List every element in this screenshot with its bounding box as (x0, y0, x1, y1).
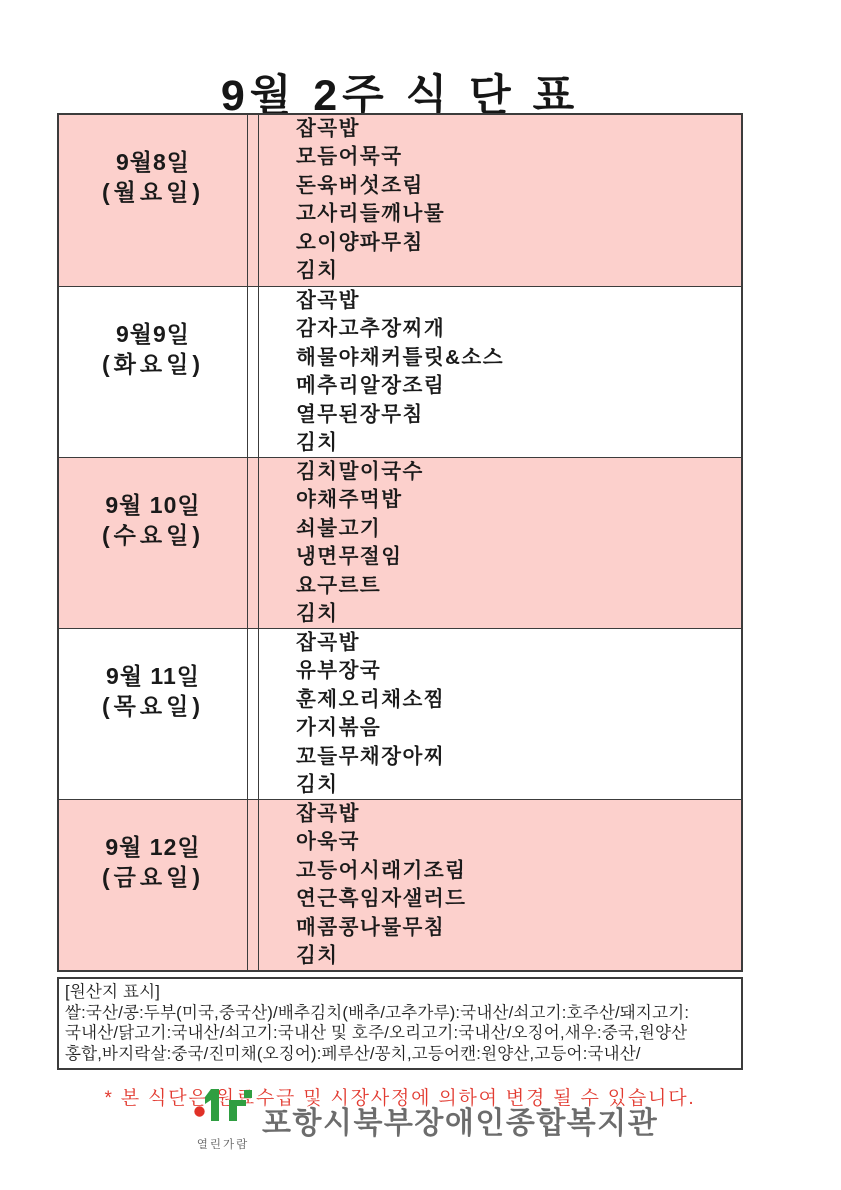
meal-plan-document: 9월 2주 식 단 표 9월8일 (월요일) 잡곡밥 모듬어묵국 돈육버섯조림 … (0, 0, 841, 1190)
date-cell: 9월9일 (화요일) (59, 287, 248, 457)
menu-item: 고사리들깨나물 (296, 200, 741, 228)
spacer-cell (248, 287, 259, 457)
menu-item: 잡곡밥 (296, 800, 741, 828)
menu-item: 돈육버섯조림 (296, 172, 741, 200)
org-name: 포항시북부장애인종합복지관 (262, 1098, 658, 1142)
menu-row-tuesday: 9월9일 (화요일) 잡곡밥 감자고추장찌개 해물야채커틀릿&소스 메추리알장조… (59, 286, 741, 457)
date-cell: 9월 12일 (금요일) (59, 800, 248, 970)
menu-item: 김치 (296, 600, 741, 628)
origin-info-box: [원산지 표시] 쌀:국산/콩:두부(미국,중국산)/배추김치(배추/고추가루)… (57, 977, 743, 1070)
date-cell: 9월8일 (월요일) (59, 115, 248, 286)
menu-item: 잡곡밥 (296, 629, 741, 657)
origin-header: [원산지 표시] (65, 982, 735, 1003)
origin-line: 국내산/닭고기:국내산/쇠고기:국내산 및 호주/오리고기:국내산/오징어,새우… (65, 1023, 735, 1044)
menu-item: 고등어시래기조림 (296, 857, 741, 885)
menu-item: 냉면무절임 (296, 543, 741, 571)
menu-item: 유부장국 (296, 657, 741, 685)
spacer-cell (248, 115, 259, 286)
date-label: 9월 11일 (59, 661, 247, 691)
date-cell: 9월 11일 (목요일) (59, 629, 248, 799)
day-label: (월요일) (59, 177, 247, 207)
menu-cell: 잡곡밥 유부장국 훈제오리채소찜 가지볶음 꼬들무채장아찌 김치 (259, 629, 741, 799)
content-area: 9월8일 (월요일) 잡곡밥 모듬어묵국 돈육버섯조림 고사리들깨나물 오이양파… (57, 113, 743, 1110)
menu-item: 모듬어묵국 (296, 143, 741, 171)
menu-item: 야채주먹밥 (296, 486, 741, 514)
day-label: (화요일) (59, 349, 247, 379)
menu-item: 김치말이국수 (296, 458, 741, 486)
menu-item: 오이양파무침 (296, 229, 741, 257)
spacer-cell (248, 629, 259, 799)
menu-item: 잡곡밥 (296, 115, 741, 143)
menu-item: 열무된장무침 (296, 401, 741, 429)
day-label: (금요일) (59, 862, 247, 892)
date-label: 9월8일 (59, 147, 247, 177)
org-logo: 열린가람 (192, 1088, 254, 1152)
menu-row-monday: 9월8일 (월요일) 잡곡밥 모듬어묵국 돈육버섯조림 고사리들깨나물 오이양파… (59, 115, 741, 286)
menu-item: 아욱국 (296, 828, 741, 856)
spacer-cell (248, 458, 259, 628)
menu-row-wednesday: 9월 10일 (수요일) 김치말이국수 야채주먹밥 쇠불고기 냉면무절임 요구르… (59, 457, 741, 628)
menu-item: 김치 (296, 257, 741, 285)
menu-item: 감자고추장찌개 (296, 315, 741, 343)
date-label: 9월 12일 (59, 832, 247, 862)
spacer-cell (248, 800, 259, 970)
date-cell: 9월 10일 (수요일) (59, 458, 248, 628)
menu-item: 메추리알장조림 (296, 372, 741, 400)
menu-row-friday: 9월 12일 (금요일) 잡곡밥 아욱국 고등어시래기조림 연근흑임자샐러드 매… (59, 799, 741, 970)
menu-item: 연근흑임자샐러드 (296, 885, 741, 913)
menu-item: 김치 (296, 771, 741, 799)
menu-item: 김치 (296, 942, 741, 970)
date-label: 9월 10일 (59, 490, 247, 520)
org-logo-caption: 열린가람 (197, 1136, 249, 1152)
menu-item: 매콤콩나물무침 (296, 914, 741, 942)
day-label: (목요일) (59, 691, 247, 721)
menu-row-thursday: 9월 11일 (목요일) 잡곡밥 유부장국 훈제오리채소찜 가지볶음 꼬들무채장… (59, 628, 741, 799)
org-logo-icon (192, 1088, 254, 1135)
footer: 열린가람 포항시북부장애인종합복지관 (192, 1088, 658, 1152)
menu-cell: 잡곡밥 감자고추장찌개 해물야채커틀릿&소스 메추리알장조림 열무된장무침 김치 (259, 287, 741, 457)
menu-item: 잡곡밥 (296, 287, 741, 315)
menu-item: 가지볶음 (296, 714, 741, 742)
date-label: 9월9일 (59, 319, 247, 349)
menu-cell: 잡곡밥 모듬어묵국 돈육버섯조림 고사리들깨나물 오이양파무침 김치 (259, 115, 741, 286)
menu-item: 해물야채커틀릿&소스 (296, 344, 741, 372)
menu-item: 요구르트 (296, 572, 741, 600)
menu-item: 김치 (296, 429, 741, 457)
menu-item: 쇠불고기 (296, 515, 741, 543)
menu-cell: 김치말이국수 야채주먹밥 쇠불고기 냉면무절임 요구르트 김치 (259, 458, 741, 628)
menu-item: 꼬들무채장아찌 (296, 743, 741, 771)
origin-line: 쌀:국산/콩:두부(미국,중국산)/배추김치(배추/고추가루):국내산/쇠고기:… (65, 1003, 735, 1024)
weekly-menu-table: 9월8일 (월요일) 잡곡밥 모듬어묵국 돈육버섯조림 고사리들깨나물 오이양파… (57, 113, 743, 972)
menu-item: 훈제오리채소찜 (296, 686, 741, 714)
menu-cell: 잡곡밥 아욱국 고등어시래기조림 연근흑임자샐러드 매콤콩나물무침 김치 (259, 800, 741, 970)
origin-line: 홍합,바지락살:중국/진미채(오징어):페루산/꽁치,고등어캔:원양산,고등어:… (65, 1044, 735, 1065)
day-label: (수요일) (59, 520, 247, 550)
